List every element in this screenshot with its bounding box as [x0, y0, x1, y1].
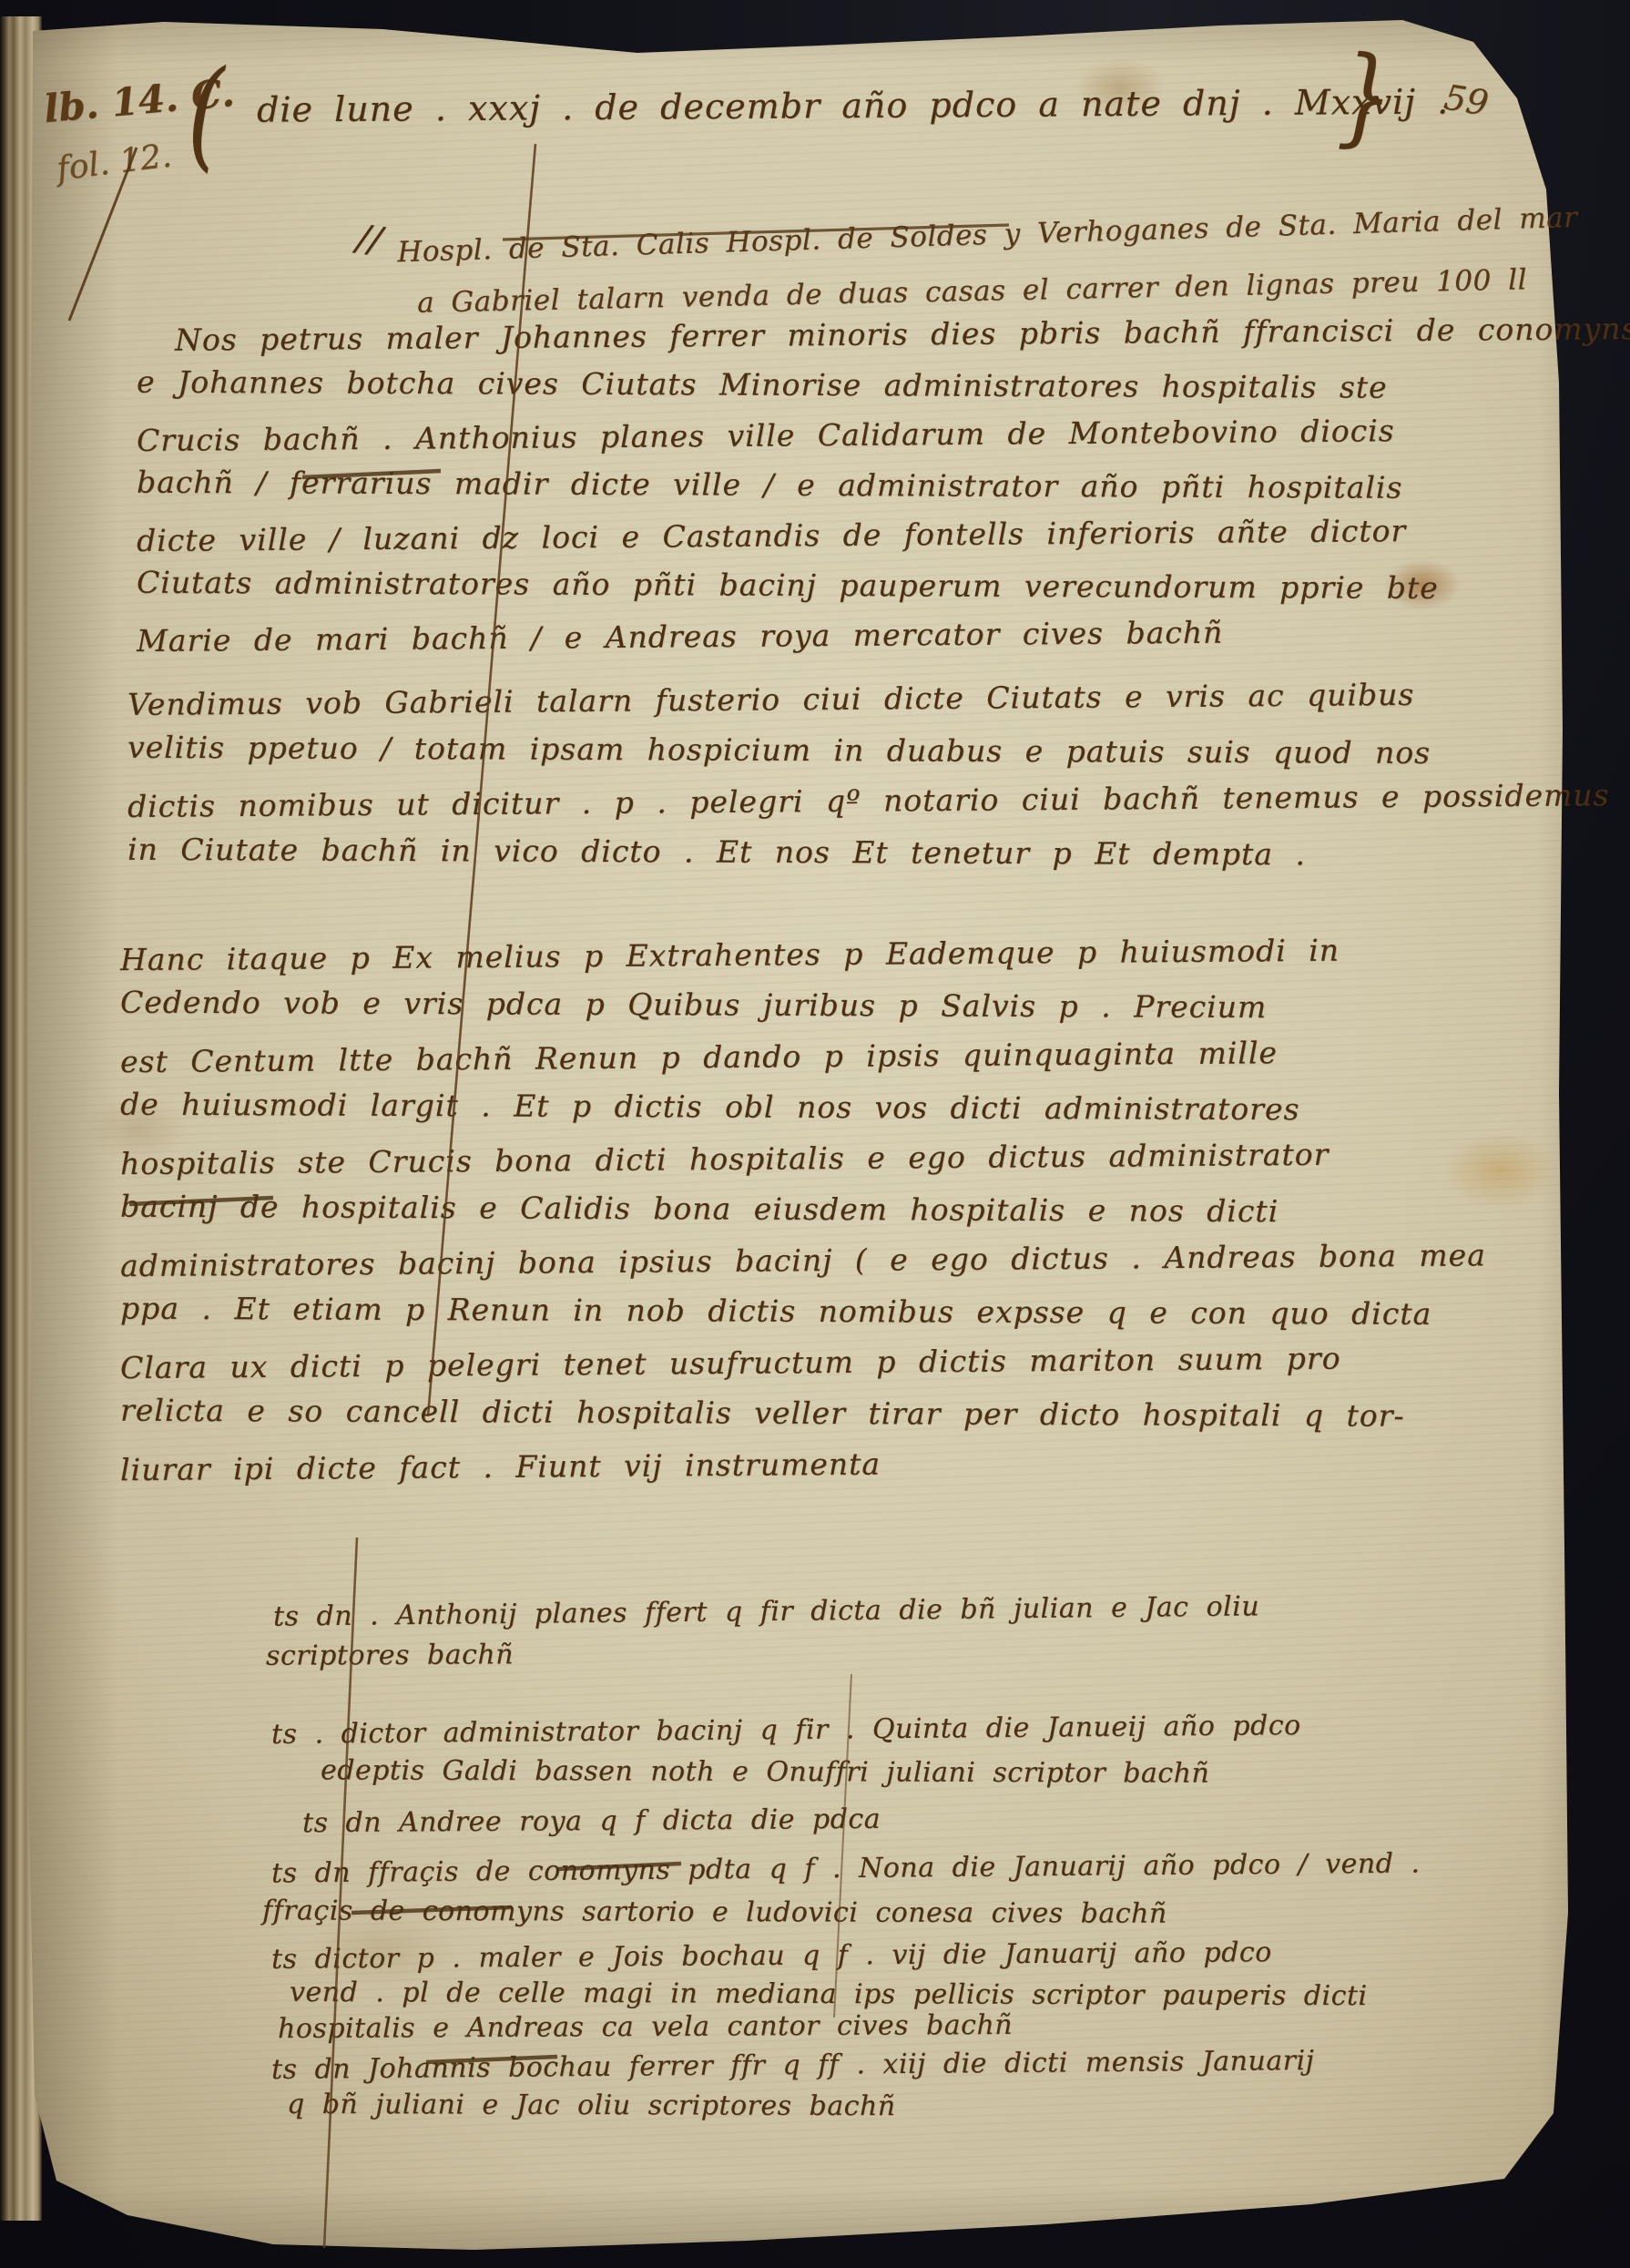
manuscript-line: ts . dictor administrator bacinj q fir .… [271, 1710, 1301, 1751]
manuscript-line: hospitalis e Andreas ca vela cantor cive… [278, 2009, 1013, 2045]
manuscript-line: ts dn ffraçis de conomyns pdta q f . Non… [271, 1847, 1421, 1889]
manuscript-scan: lb. 14. C. fol. 12. 59 ( die lune . xxxj… [0, 0, 1630, 2268]
manuscript-line: ts dictor p . maler e Jois bochau q f . … [271, 1936, 1272, 1976]
manuscript-line: edeptis Galdi bassen noth e Onuffri juli… [321, 1754, 1209, 1789]
manuscript-line: ffraçis de conomyns sartorio e ludovici … [262, 1895, 1167, 1929]
manuscript-line: ts dn . Anthonij planes ffert q fir dict… [273, 1590, 1259, 1632]
manuscript-line: q bñ juliani e Jac oliu scriptores bachñ [287, 2089, 896, 2122]
witness-block: ts dn . Anthonij planes ffert q fir dict… [0, 0, 1630, 2268]
manuscript-line: vend . pl de celle magi in mediana ips p… [290, 1977, 1368, 2012]
manuscript-line: scriptores bachñ [266, 1639, 514, 1671]
manuscript-line: ts dn Johannis bochau ferrer ffr q ff . … [271, 2045, 1315, 2086]
manuscript-line: ts dn Andree roya q f dicta die pdca [302, 1803, 881, 1839]
